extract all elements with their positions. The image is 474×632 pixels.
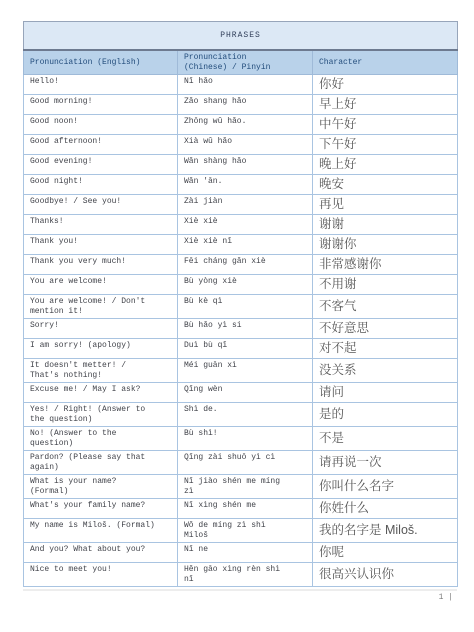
table-row: You are welcome! / Don't mention it! Bù …	[24, 295, 458, 319]
english-pronunciation-cell: Yes! / Right! (Answer to the question)	[24, 403, 178, 427]
english-pronunciation-cell: Thanks!	[24, 215, 178, 235]
english-pronunciation-cell: Good evening!	[24, 155, 178, 175]
table-row: Pardon? (Please say that again) Qǐng zài…	[24, 451, 458, 475]
column-header-character: Character	[313, 50, 458, 75]
pinyin-cell: Fēi cháng gǎn xiè	[178, 255, 313, 275]
table-row: Excuse me! / May I ask? Qǐng wèn 请问	[24, 383, 458, 403]
english-pronunciation-cell: Good morning!	[24, 95, 178, 115]
page-number: 1 |	[23, 593, 457, 602]
character-cell: 我的名字是 Miloš.	[313, 519, 458, 543]
table-row: Yes! / Right! (Answer to the question) S…	[24, 403, 458, 427]
table-row: Thanks! Xiè xiè 谢谢	[24, 215, 458, 235]
table-body: Hello! Nǐ hǎo 你好 Good morning! Zǎo shang…	[24, 75, 458, 587]
pinyin-cell: Wǒ de míng zì shì Miloš	[178, 519, 313, 543]
table-title-row: PHRASES	[24, 22, 458, 51]
table-row: Good morning! Zǎo shang hǎo 早上好	[24, 95, 458, 115]
character-cell: 再见	[313, 195, 458, 215]
character-cell: 不客气	[313, 295, 458, 319]
pinyin-cell: Bù kè qì	[178, 295, 313, 319]
character-cell: 非常感谢你	[313, 255, 458, 275]
table-row: Sorry! Bù hǎo yì si 不好意思	[24, 319, 458, 339]
table-row: You are welcome! Bù yòng xiè 不用谢	[24, 275, 458, 295]
english-pronunciation-cell: What is your name? (Formal)	[24, 475, 178, 499]
english-pronunciation-cell: You are welcome! / Don't mention it!	[24, 295, 178, 319]
pinyin-cell: Nǐ xìng shén me	[178, 499, 313, 519]
english-pronunciation-cell: Nice to meet you!	[24, 563, 178, 587]
pinyin-cell: Bù yòng xiè	[178, 275, 313, 295]
table-row: What is your name? (Formal) Nǐ jiào shén…	[24, 475, 458, 499]
character-cell: 下午好	[313, 135, 458, 155]
pinyin-cell: Qǐng wèn	[178, 383, 313, 403]
page-footer: 1 |	[23, 589, 457, 602]
table-row: Good afternoon! Xià wǔ hǎo 下午好	[24, 135, 458, 155]
character-cell: 谢谢你	[313, 235, 458, 255]
character-cell: 不用谢	[313, 275, 458, 295]
character-cell: 早上好	[313, 95, 458, 115]
character-cell: 很高兴认识你	[313, 563, 458, 587]
pinyin-cell: Méi guān xì	[178, 359, 313, 383]
english-pronunciation-cell: You are welcome!	[24, 275, 178, 295]
english-pronunciation-cell: No! (Answer to the question)	[24, 427, 178, 451]
english-pronunciation-cell: Hello!	[24, 75, 178, 95]
character-cell: 请再说一次	[313, 451, 458, 475]
phrases-table: PHRASES Pronunciation (English) Pronunci…	[23, 21, 458, 587]
character-cell: 是的	[313, 403, 458, 427]
pinyin-cell: Nǐ ne	[178, 543, 313, 563]
column-header-chinese-pinyin: Pronunciation (Chinese) / Pinyin	[178, 50, 313, 75]
table-row: Nice to meet you! Hěn gāo xìng rèn shì n…	[24, 563, 458, 587]
character-cell: 不是	[313, 427, 458, 451]
table-row: No! (Answer to the question) Bù shì! 不是	[24, 427, 458, 451]
table-title: PHRASES	[24, 22, 458, 51]
pinyin-cell: Xiè xiè	[178, 215, 313, 235]
english-pronunciation-cell: Good afternoon!	[24, 135, 178, 155]
character-cell: 中午好	[313, 115, 458, 135]
character-cell: 你好	[313, 75, 458, 95]
english-pronunciation-cell: Thank you!	[24, 235, 178, 255]
character-cell: 对不起	[313, 339, 458, 359]
english-pronunciation-cell: Good night!	[24, 175, 178, 195]
pinyin-cell: Bù shì!	[178, 427, 313, 451]
table-header-row: Pronunciation (English) Pronunciation (C…	[24, 50, 458, 75]
table-row: Thank you! Xiè xiè nǐ 谢谢你	[24, 235, 458, 255]
pinyin-cell: Wǎn 'ān.	[178, 175, 313, 195]
character-cell: 晚安	[313, 175, 458, 195]
footer-rule	[23, 589, 457, 591]
table-row: My name is Miloš. (Formal) Wǒ de míng zì…	[24, 519, 458, 543]
english-pronunciation-cell: Excuse me! / May I ask?	[24, 383, 178, 403]
table-row: Goodbye! / See you! Zài jiàn 再见	[24, 195, 458, 215]
table-row: It doesn't metter! / That's nothing! Méi…	[24, 359, 458, 383]
pinyin-cell: Duì bù qǐ	[178, 339, 313, 359]
character-cell: 请问	[313, 383, 458, 403]
english-pronunciation-cell: I am sorry! (apology)	[24, 339, 178, 359]
character-cell: 你叫什么名字	[313, 475, 458, 499]
character-cell: 谢谢	[313, 215, 458, 235]
character-cell: 不好意思	[313, 319, 458, 339]
pinyin-cell: Wǎn shàng hǎo	[178, 155, 313, 175]
character-cell: 没关系	[313, 359, 458, 383]
table-row: Hello! Nǐ hǎo 你好	[24, 75, 458, 95]
english-pronunciation-cell: It doesn't metter! / That's nothing!	[24, 359, 178, 383]
pinyin-cell: Zhōng wǔ hǎo.	[178, 115, 313, 135]
english-pronunciation-cell: Thank you very much!	[24, 255, 178, 275]
character-cell: 你呢	[313, 543, 458, 563]
english-pronunciation-cell: Good noon!	[24, 115, 178, 135]
english-pronunciation-cell: Goodbye! / See you!	[24, 195, 178, 215]
english-pronunciation-cell: My name is Miloš. (Formal)	[24, 519, 178, 543]
table-row: Good night! Wǎn 'ān. 晚安	[24, 175, 458, 195]
pinyin-cell: Zài jiàn	[178, 195, 313, 215]
pinyin-cell: Zǎo shang hǎo	[178, 95, 313, 115]
table-row: I am sorry! (apology) Duì bù qǐ 对不起	[24, 339, 458, 359]
pinyin-cell: Nǐ jiào shén me míng zì	[178, 475, 313, 499]
table-row: Good noon! Zhōng wǔ hǎo. 中午好	[24, 115, 458, 135]
character-cell: 你姓什么	[313, 499, 458, 519]
english-pronunciation-cell: Sorry!	[24, 319, 178, 339]
pinyin-cell: Qǐng zài shuō yì cì	[178, 451, 313, 475]
document-page: PHRASES Pronunciation (English) Pronunci…	[0, 0, 474, 632]
table-row: Thank you very much! Fēi cháng gǎn xiè 非…	[24, 255, 458, 275]
pinyin-cell: Hěn gāo xìng rèn shì nǐ	[178, 563, 313, 587]
pinyin-cell: Xiè xiè nǐ	[178, 235, 313, 255]
column-header-english-pronunciation: Pronunciation (English)	[24, 50, 178, 75]
table-row: What's your family name? Nǐ xìng shén me…	[24, 499, 458, 519]
character-cell: 晚上好	[313, 155, 458, 175]
table-row: And you? What about you? Nǐ ne 你呢	[24, 543, 458, 563]
table-row: Good evening! Wǎn shàng hǎo 晚上好	[24, 155, 458, 175]
pinyin-cell: Shì de.	[178, 403, 313, 427]
pinyin-cell: Nǐ hǎo	[178, 75, 313, 95]
english-pronunciation-cell: And you? What about you?	[24, 543, 178, 563]
pinyin-cell: Xià wǔ hǎo	[178, 135, 313, 155]
english-pronunciation-cell: Pardon? (Please say that again)	[24, 451, 178, 475]
pinyin-cell: Bù hǎo yì si	[178, 319, 313, 339]
english-pronunciation-cell: What's your family name?	[24, 499, 178, 519]
